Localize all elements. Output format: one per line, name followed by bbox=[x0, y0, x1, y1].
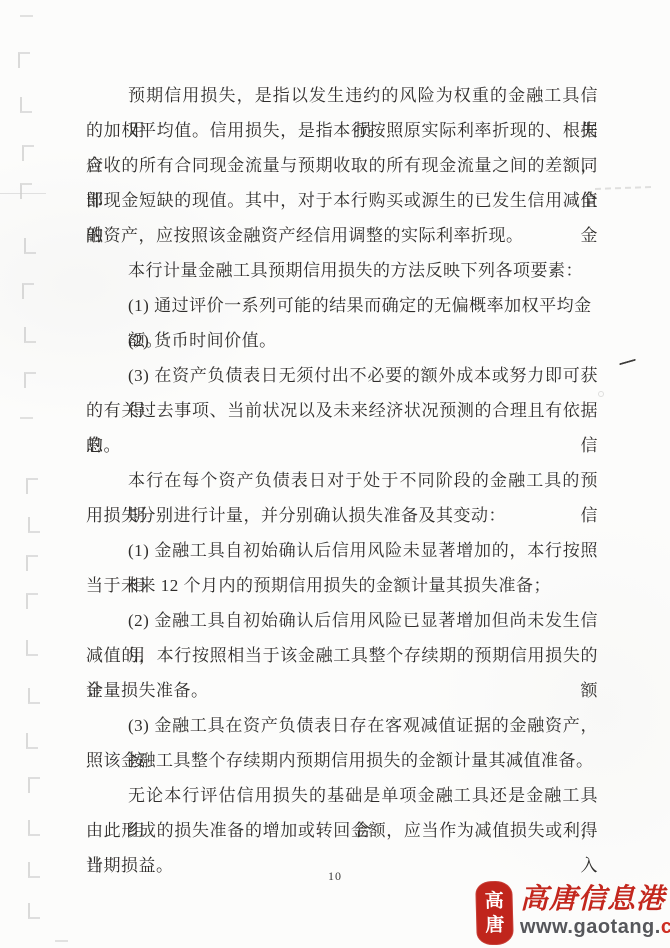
watermark-url: www.gaotang.cc bbox=[520, 915, 670, 939]
scan-artifact bbox=[26, 555, 38, 571]
scan-artifact bbox=[24, 372, 36, 388]
scan-artifact bbox=[28, 777, 40, 793]
gaotang-seal-icon: 高 唐 bbox=[475, 881, 514, 946]
scan-artifact bbox=[20, 97, 32, 113]
scan-artifact bbox=[20, 417, 33, 419]
scan-artifact bbox=[24, 238, 36, 254]
paragraph: (1) 金融工具自初始确认后信用风险未显著增加的，本行按照相当于未来 12 个月… bbox=[86, 533, 598, 603]
scan-artifact bbox=[28, 903, 40, 919]
text-line: (2) 货币时间价值。 bbox=[86, 323, 598, 358]
watermark-brand-text: 高唐信息港 bbox=[520, 882, 670, 915]
scan-artifact bbox=[0, 193, 46, 194]
text-line: 当于未来 12 个月内的预期信用损失的金额计量其损失准备； bbox=[86, 568, 598, 603]
text-line: 预期信用损失，是指以发生违约的风险为权重的金融工具信用损失 bbox=[86, 78, 598, 113]
paragraph: (3) 金融工具在资产负债表日存在客观减值证据的金融资产，按照该金融工具整个存续… bbox=[86, 708, 598, 778]
scan-artifact bbox=[28, 820, 40, 836]
scan-dot bbox=[598, 391, 604, 397]
text-line: 的有关过去事项、当前状况以及未来经济状况预测的合理且有依据的信 bbox=[86, 393, 598, 428]
paragraph: (2) 金融工具自初始确认后信用风险已显著增加但尚未发生信用减值的，本行按照相当… bbox=[86, 603, 598, 708]
paragraph: (2) 货币时间价值。 bbox=[86, 323, 598, 358]
text-line: 由此形成的损失准备的增加或转回金额，应当作为减值损失或利得计入 bbox=[86, 813, 598, 848]
text-line: 本行在每个资产负债表日对于处于不同阶段的金融工具的预期信 bbox=[86, 463, 598, 498]
text-line: 应收的所有合同现金流量与预期收取的所有现金流量之间的差额，即全 bbox=[86, 148, 598, 183]
text-line: 照该金融工具整个存续期内预期信用损失的金额计量其减值准备。 bbox=[86, 743, 598, 778]
site-watermark: 高 唐 高唐信息港 www.gaotang.cc bbox=[476, 881, 670, 945]
scan-artifact bbox=[20, 183, 32, 199]
scan-artifact bbox=[26, 478, 38, 494]
text-line: 的加权平均值。信用损失，是指本行按照原实际利率折现的、根据合同 bbox=[86, 113, 598, 148]
scan-artifact bbox=[18, 52, 30, 68]
seal-char-bottom: 唐 bbox=[485, 913, 505, 937]
scan-artifact bbox=[22, 283, 34, 299]
paragraph: (1) 通过评价一系列可能的结果而确定的无偏概率加权平均金额。 bbox=[86, 288, 598, 323]
text-line: (1) 通过评价一系列可能的结果而确定的无偏概率加权平均金额。 bbox=[86, 288, 598, 323]
scan-artifact bbox=[28, 517, 40, 533]
text-line: 本行计量金融工具预期信用损失的方法反映下列各项要素： bbox=[86, 253, 598, 288]
text-line: (3) 在资产负债表日无须付出不必要的额外成本或努力即可获得 bbox=[86, 358, 598, 393]
text-line: 融资产，应按照该金融资产经信用调整的实际利率折现。 bbox=[86, 218, 598, 253]
document-body: 预期信用损失，是指以发生违约的风险为权重的金融工具信用损失的加权平均值。信用损失… bbox=[86, 78, 598, 883]
scan-artifact bbox=[26, 640, 38, 656]
scan-artifact bbox=[26, 593, 38, 609]
watermark-url-main: www.gaotang. bbox=[520, 916, 661, 938]
seal-char-top: 高 bbox=[484, 889, 504, 913]
text-line: (1) 金融工具自初始确认后信用风险未显著增加的，本行按照相 bbox=[86, 533, 598, 568]
scan-artifact bbox=[24, 327, 36, 343]
pen-mark bbox=[619, 359, 636, 366]
text-line: (2) 金融工具自初始确认后信用风险已显著增加但尚未发生信用 bbox=[86, 603, 598, 638]
paragraph: 本行计量金融工具预期信用损失的方法反映下列各项要素： bbox=[86, 253, 598, 288]
scan-artifact bbox=[28, 688, 40, 704]
scanned-document-page: 预期信用损失，是指以发生违约的风险为权重的金融工具信用损失的加权平均值。信用损失… bbox=[0, 0, 670, 948]
paragraph: (3) 在资产负债表日无须付出不必要的额外成本或努力即可获得的有关过去事项、当前… bbox=[86, 358, 598, 463]
paragraph: 无论本行评估信用损失的基础是单项金融工具还是金融工具组合，由此形成的损失准备的增… bbox=[86, 778, 598, 883]
text-line: (3) 金融工具在资产负债表日存在客观减值证据的金融资产，按 bbox=[86, 708, 598, 743]
scan-smudge bbox=[595, 186, 651, 190]
watermark-url-suffix: cc bbox=[661, 916, 670, 938]
text-line: 无论本行评估信用损失的基础是单项金融工具还是金融工具组合， bbox=[86, 778, 598, 813]
paragraph: 本行在每个资产负债表日对于处于不同阶段的金融工具的预期信用损失分别进行计量，并分… bbox=[86, 463, 598, 533]
text-line: 减值的，本行按照相当于该金融工具整个存续期的预期信用损失的金额 bbox=[86, 638, 598, 673]
text-line: 部现金短缺的现值。其中，对于本行购买或源生的已发生信用减值的金 bbox=[86, 183, 598, 218]
scan-artifact bbox=[20, 15, 33, 17]
paragraph: 预期信用损失，是指以发生违约的风险为权重的金融工具信用损失的加权平均值。信用损失… bbox=[86, 78, 598, 253]
scan-artifact bbox=[26, 733, 38, 749]
scan-artifact bbox=[55, 940, 68, 942]
scan-artifact bbox=[22, 145, 34, 161]
